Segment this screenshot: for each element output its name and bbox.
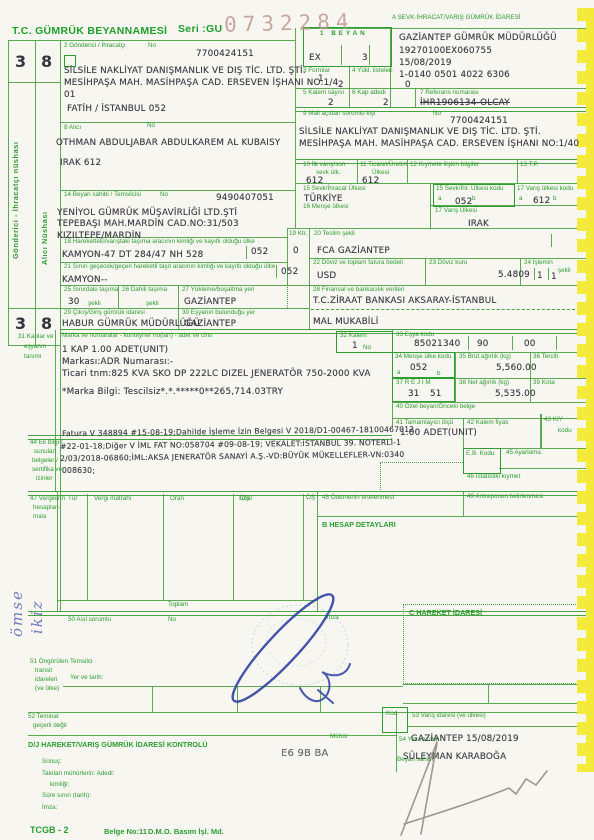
box27-value: GAZİANTEP <box>184 297 236 307</box>
box54-value: GAZİANTEP 15/08/2019 <box>411 734 519 744</box>
box47-side-label: ması <box>33 514 47 521</box>
box22-label: 22 Döviz ve toplam fatura bedeli <box>313 260 403 267</box>
box13-label: 13 T.P. <box>520 162 539 169</box>
box5-value: 2 <box>328 98 334 108</box>
box2-line: MESİHPAŞA MAH. MASİHPAŞA CAD. ERSEVEN İŞ… <box>64 78 338 88</box>
boxDJ-muhur-label: Mühür <box>330 734 348 741</box>
box2-line: FATİH / İSTANBUL 052 <box>67 104 166 114</box>
stamp-remnant-icon <box>266 618 326 666</box>
footer-belge-no: Belge No:11 <box>104 828 147 836</box>
form-line <box>311 309 590 310</box>
box17a-label: 17 Varış ülkesi kodu <box>517 186 573 193</box>
form-line <box>463 492 464 516</box>
box7-label: 7 Referans numarası <box>420 90 479 97</box>
form-line <box>556 336 557 350</box>
form-line <box>349 66 350 108</box>
box6-value: 2 <box>383 98 389 108</box>
form-line <box>403 684 592 685</box>
box16-label: 16 Menşe ülkesi <box>303 204 349 211</box>
box18-value: KAMYON-47 DT 284/47 NH 528 <box>62 250 203 260</box>
box52-kod-label: Kod <box>386 711 397 718</box>
box42-label: 42 Kalem fiyatı <box>467 420 509 427</box>
box47-side-label: 47 Vergilerin <box>30 496 65 503</box>
box28-bank: T.C.ZİRAAT BANKASI AKSARAY-İSTANBUL <box>313 296 496 306</box>
box28-label: 28 Finansal ve bankacılık verileri <box>313 287 404 294</box>
box50-label: 50 Asıl sorumlu <box>68 617 111 624</box>
box31-header: Marka ve numaralar - konteyner no(ları) … <box>62 333 212 340</box>
box38-value: 5,535.00 <box>495 389 536 399</box>
box23-value: 5.4809 <box>498 270 530 280</box>
copy-digit: 3 <box>15 314 26 333</box>
box17a-sub-a: a <box>519 196 523 203</box>
tax-col-header: ÖŞ <box>306 495 315 502</box>
tax-total-label: Toplam <box>168 602 188 609</box>
box17-label: 17 Varış Ülkesi <box>435 208 477 215</box>
box21-country-code: 052 <box>281 267 298 277</box>
box46-label: 46 İstatistiki kıymet <box>467 474 520 481</box>
box43-label: 43 KIY <box>544 417 563 424</box>
box26-label: 26 Dahili taşıma <box>122 287 167 294</box>
box35-value: 5,560.00 <box>496 363 537 373</box>
box8-line: OTHMAN ABDULJABAR ABDULKAREM AL KUBAISY <box>56 138 280 148</box>
box15a-label: 15 Sevk/İhr. Ülkesi kodu <box>436 186 504 193</box>
box12-label: 12 Kıymete ilişkin bilgiler <box>410 162 479 169</box>
form-line <box>28 712 592 713</box>
form-line <box>63 686 403 687</box>
box31-line: *Marka Bilgi: Tescilsiz*.*.*****0**265,7… <box>62 387 283 397</box>
form-line <box>488 684 489 703</box>
form-line <box>163 494 164 600</box>
box15-label: 15 Sevk/İhracat Ülkesi <box>303 186 366 193</box>
form-line <box>380 462 381 492</box>
box51-side-label: idareleri <box>35 677 57 684</box>
form-line <box>425 258 426 285</box>
box47-side-label: hesaplan- <box>33 505 61 512</box>
box6-label: 6 Kap adedi <box>352 90 386 97</box>
box11-label: 11 Ticaret/Üretim <box>360 162 407 169</box>
box54-signer-name: SÜLEYMAN KARABOĞA <box>403 752 506 762</box>
box14-line: YENİYOL GÜMRÜK MÜŞAVİRLİĞİ LTD.ŞTİ <box>57 208 237 218</box>
box17a-sub-b: b <box>553 196 557 203</box>
box32-value: 1 <box>352 341 358 351</box>
box2-line: SİLSİLE NAKLİYAT DANIŞMANLIK VE DIŞ TİC.… <box>64 66 306 76</box>
footer-form-code: TCGB - 2 <box>30 826 69 836</box>
box8-line: IRAK 612 <box>60 158 101 168</box>
box30-label: 30 Eşyanın bulunduğu yer <box>182 310 255 317</box>
box35-label: 35 Brüt ağırlık (kg) <box>459 354 511 361</box>
perforation-bar <box>586 8 594 772</box>
box51-side-label: 51 Öngörülen <box>30 659 68 666</box>
box26-sub-label: şekli <box>146 301 159 308</box>
copy-digit: 8 <box>41 314 52 333</box>
form-line <box>8 40 9 345</box>
box19-label: 19 Ktr. <box>289 231 307 238</box>
box2-number: 7700424151 <box>196 49 254 59</box>
box9-number: 7700424151 <box>450 116 508 126</box>
box20-value: FCA GAZİANTEP <box>317 246 390 256</box>
box51-side-label: transit <box>35 668 52 675</box>
box9-line: SİLSİLE NAKLİYAT DANIŞMANLIK VE DIŞ TİC.… <box>299 127 541 137</box>
form-line <box>415 88 416 108</box>
box33-value: 90 <box>477 339 489 349</box>
form-line <box>512 336 513 350</box>
box1-code: 3 <box>362 53 368 63</box>
box8-no-label: No <box>147 123 155 130</box>
tax-col-header: Vergi matrahı <box>94 496 131 503</box>
form-line <box>8 308 60 309</box>
form-line <box>8 40 295 41</box>
boxDJ-stamp-code: E6 9B BA <box>281 748 329 759</box>
box2-label: 2 Gönderici / İhracatçı <box>64 43 126 50</box>
box14-no-label: No <box>160 192 168 199</box>
box17-value: IRAK <box>468 219 489 229</box>
box9-line: MESİHPAŞA MAH. MASİHPAŞA CAD. ERSEVEN İŞ… <box>299 139 579 149</box>
boxDJ-item: Takılan mühürlerin: Adedi: <box>42 771 114 778</box>
box37-label: 37 R E J İ M <box>396 380 431 387</box>
box24-value: 1 <box>551 272 557 282</box>
form-line <box>551 234 552 247</box>
box50-imza-label: İmza <box>325 615 339 622</box>
box29-value: HABUR GÜMRÜK MÜDÜRLÜĞÜ <box>62 319 200 329</box>
handwritten-margin-note: ikiz <box>28 558 46 634</box>
boxC-label: C HAREKET İDARESİ <box>409 609 482 617</box>
boxA-date: 15/08/2019 <box>399 58 452 68</box>
box9-no-label: No <box>433 111 441 118</box>
box5-label: 5 Kalem sayısı <box>303 90 344 97</box>
box2-line: 01 <box>64 90 76 100</box>
box34-label: 34 Menşe ülke kodu <box>395 354 451 361</box>
box3-label: 3 Formlar <box>303 68 330 75</box>
tax-col-header: Oran <box>170 496 184 503</box>
blue-pen-signature-icon <box>223 585 343 711</box>
copy-digit: 8 <box>41 52 52 71</box>
form-line <box>237 686 238 712</box>
form-line <box>320 686 321 712</box>
form-line <box>380 462 463 463</box>
boxB-label: B HESAP DETAYLARI <box>322 521 396 529</box>
form-line <box>60 122 295 123</box>
boxDJ-item: Süre sınırı (tarih): <box>42 793 91 800</box>
box14-line: TEPEBAŞI MAH.MARDİN CAD.NO:31/503 <box>57 219 239 229</box>
form-line <box>287 285 288 308</box>
copy-margin-label: Gönderici - İhracatçı nüshası <box>11 95 20 305</box>
box18-label: 18 Hareketteki/varıştaki taşıma aracının… <box>64 239 255 246</box>
boxA-label: A SEVK-İHRACAT/VARIŞ GÜMRÜK İDARESİ <box>392 15 521 22</box>
box51-yer-label: Yer ve tarih: <box>70 675 103 682</box>
box19-value: 0 <box>293 246 299 256</box>
box21-value: KAMYON-- <box>62 275 108 285</box>
customs-declaration-form: T.C. GÜMRÜK BEYANNAMESİ Seri :GU 0732284… <box>0 0 594 840</box>
box34-sub-b: b <box>437 371 441 378</box>
box3-value: 1 <box>318 74 324 84</box>
box34-sub-a: a <box>397 370 401 377</box>
form-line <box>317 492 318 612</box>
box33-value: 85021340 <box>414 339 460 349</box>
form-line <box>276 265 277 278</box>
box37-value: 51 <box>430 389 442 399</box>
form-line <box>455 352 456 402</box>
tax-col-header: Tür <box>68 496 77 503</box>
handwritten-margin-note: ömse <box>8 545 26 637</box>
blue-pen-flourish-icon <box>300 664 350 703</box>
box31-side-label: 31 Kaplar ve <box>18 334 53 341</box>
yellow-perforation-strip <box>577 8 594 772</box>
box30-value: GAZİANTEP <box>184 319 236 329</box>
box4-label: 4 Yükl. listeleri <box>352 68 392 75</box>
box24-value: 1 <box>537 271 543 281</box>
box7-value: İHR1906134-OLCAY <box>420 98 510 108</box>
box21-label: 21 Sınırı geçecek/geçen hareketli taşıt … <box>64 264 275 271</box>
boxDJ-label: D/J HAREKET/VARIŞ GÜMRÜK İDARESİ KONTROL… <box>28 741 208 749</box>
serial-label: Seri :GU <box>178 23 222 35</box>
box38-label: 38 Net ağırlık (kg) <box>459 380 509 387</box>
box1-type: EX <box>309 53 321 63</box>
copy-margin-label: Alıcı Nüshası <box>40 168 49 308</box>
box23-label: 23 Döviz kuru <box>429 260 468 267</box>
form-line <box>517 160 518 183</box>
box8-label: 8 Alıcı <box>64 125 81 132</box>
box53-label: 53 Varış idaresi (ve ülkesi) <box>412 713 486 720</box>
box49-label: 49 Antreponun belirlenmesi <box>467 494 543 501</box>
boxA-reference: 1-0140 0501 4022 6306 <box>399 70 510 80</box>
box31-line: Ticari tnm:825 KVA SKO DP 222LC DIZEL JE… <box>62 369 371 379</box>
box52-label: 52 Teminat <box>28 714 59 721</box>
form-line <box>60 40 61 612</box>
box36-label: 36 Tercih <box>533 354 558 361</box>
box9-label: 9 Mali açıdan sorumlu kişi <box>303 111 375 118</box>
box51-side-label: (ve ülke) <box>35 686 59 693</box>
box31-side-label: tanımı <box>24 354 42 361</box>
form-line <box>317 516 592 517</box>
box29-label: 29 Çıkış/Giriş gümrük idaresi <box>64 310 145 317</box>
box37-value: 31 <box>408 389 420 399</box>
form-line <box>548 268 549 280</box>
form-line <box>540 414 542 448</box>
perforation-teeth <box>577 8 586 772</box>
box32-label: 32 Kalem <box>340 333 367 340</box>
box43-sub-label: kodu <box>558 428 572 435</box>
box4-value: 0 <box>405 80 411 90</box>
form-line <box>233 494 234 600</box>
box14-label: 14 Beyan sahibi / Temsilcisi <box>64 192 141 199</box>
form-line <box>403 703 592 704</box>
box22-value: USD <box>317 271 336 281</box>
form-line <box>152 686 153 712</box>
box39-label: 39 Kota <box>533 380 555 387</box>
footer-printer: D.M.O. Basım İşl. Md. <box>148 828 224 836</box>
form-line <box>8 82 60 83</box>
box25-value: 30 <box>68 297 80 307</box>
box17a-value: 612 <box>533 196 550 206</box>
box45-label: 45 Ayarlama <box>506 450 541 457</box>
box31-line: Markası:ADR Numarası:- <box>62 357 173 367</box>
form-line <box>534 268 535 280</box>
form-line <box>246 246 247 259</box>
box44-side-label: sertifika ve <box>32 467 62 474</box>
box32-no-label: No <box>363 345 371 352</box>
form-line <box>309 228 310 330</box>
box51-temsilci-label: Temsilci <box>70 659 92 666</box>
boxDJ-item: kimliği: <box>50 782 69 789</box>
box34-value: 052 <box>410 363 427 373</box>
boxDJ-item: İmza: <box>42 805 57 812</box>
box1-label: 1 BEYAN <box>320 31 368 38</box>
box24-sub-label: şekli <box>558 268 571 275</box>
form-line <box>408 726 592 727</box>
box44-side-label: belgeler / <box>32 458 58 465</box>
box50-no-label: No <box>168 617 176 624</box>
box44-side-label: sunulan <box>34 449 56 456</box>
form-line <box>357 160 358 183</box>
boxDJ-item: Sonuç: <box>42 759 62 766</box>
copy-digit: 3 <box>15 52 26 71</box>
box44-line: 008630; <box>62 466 95 475</box>
box20-label: 20 Teslim şekli <box>314 231 355 238</box>
box40-label: 40 Özel beyan/Önceki belge <box>396 404 475 411</box>
box18-country-code: 052 <box>251 247 268 257</box>
form-line <box>87 494 88 600</box>
form-line <box>295 28 296 228</box>
form-line <box>303 494 304 600</box>
box48-label: 48 Ödemenin ertelenmesi <box>322 495 394 502</box>
box2-no-label: No <box>148 43 156 50</box>
box15a-sub-a: a <box>438 196 442 203</box>
box15a-value: 052 <box>455 197 472 207</box>
form-line <box>468 336 469 350</box>
box44-side-label: 44 Ek bilgi / <box>30 440 63 447</box>
box44-side-label: izinler <box>36 476 52 483</box>
box25-label: 25 Sınırdaki taşıma <box>64 287 118 294</box>
boxA-office: GAZİANTEP GÜMRÜK MÜDÜRLÜĞÜ <box>399 33 557 43</box>
form-line <box>287 228 592 229</box>
form-title: T.C. GÜMRÜK BEYANNAMESİ <box>12 25 167 37</box>
box25-sub-label: şekli <box>88 301 101 308</box>
boxEB-label: E.B. Kodu <box>466 451 494 458</box>
box44-line: 2/03/2018-06860;İML:AKSA JENERATÖR SANAY… <box>60 450 404 463</box>
tax-col-header: Tutar <box>238 496 252 503</box>
box24-label: 24 İşlemin <box>524 260 553 267</box>
box52-label: geçerli değil <box>33 723 67 730</box>
form-line <box>35 40 36 345</box>
box28-payment: MAL MUKABİLİ <box>313 317 379 327</box>
box31-side-label: eşyanın <box>24 344 46 351</box>
boxA-registration: 19270100EX060755 <box>399 46 492 56</box>
box31-line: 1 KAP 1.00 ADET(UNIT) <box>62 345 168 355</box>
box27-label: 27 Yükleme/boşaltma yeri <box>182 287 254 294</box>
box33-label: 33 Eşya kodu <box>396 332 434 339</box>
box33-value: 00 <box>524 339 536 349</box>
box15a-sub-b: b <box>472 196 476 203</box>
box10-label: 10 İlk varış/son <box>303 162 345 169</box>
box14-number: 9490407051 <box>216 193 274 203</box>
